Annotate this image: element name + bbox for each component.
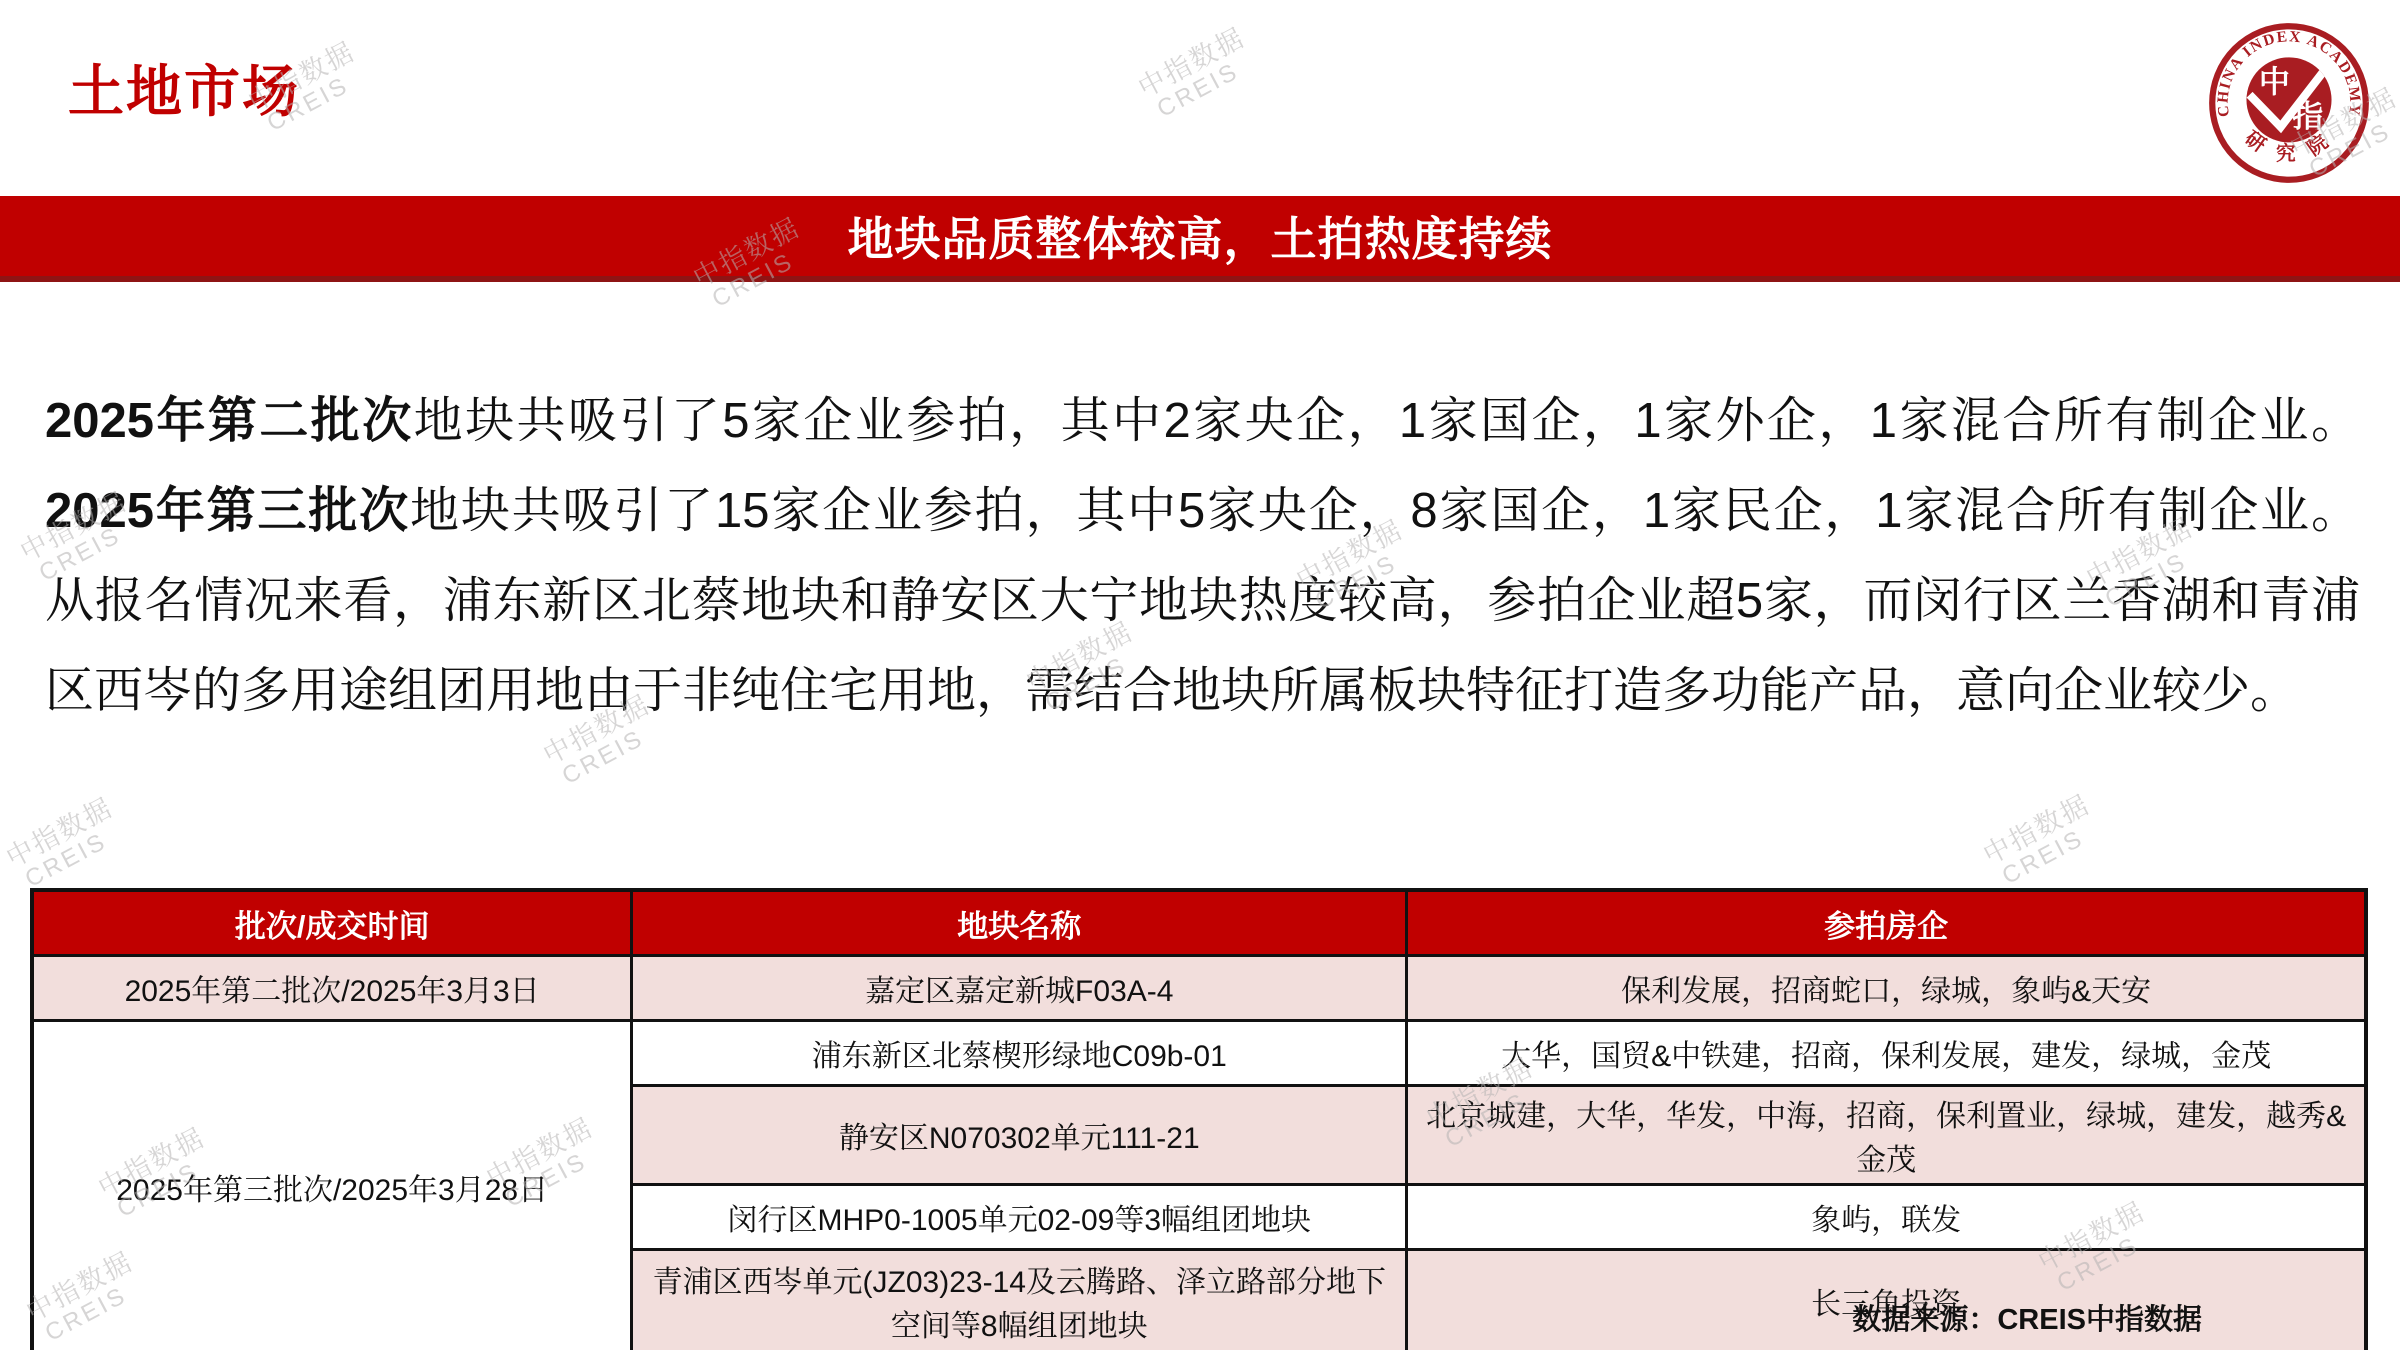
cell-plot-name: 静安区N070302单元111-21 (632, 1086, 1407, 1185)
section-banner: 地块品质整体较高，土拍热度持续 (0, 196, 2400, 282)
watermark-line1: 中指数据 (2, 794, 117, 872)
table-row: 2025年第三批次/2025年3月28日 浦东新区北蔡楔形绿地C09b-01 大… (32, 1021, 2366, 1086)
header-plot-name: 地块名称 (632, 890, 1407, 956)
paragraph-analysis: 从报名情况来看，浦东新区北蔡地块和静安区大宁地块热度较高，参拍企业超5家，而闵行… (45, 556, 2360, 736)
body-text: 2025年第二批次地块共吸引了5家企业参拍，其中2家央企，1家国企，1家外企，1… (45, 376, 2360, 736)
watermark-line1: 中指数据 (1979, 791, 2094, 869)
header-bidders: 参拍房企 (1407, 890, 2366, 956)
cell-batch-time-merged: 2025年第三批次/2025年3月28日 (32, 1021, 632, 1350)
logo-char-zhi: 指 (2292, 99, 2323, 134)
paragraph-text: 地块共吸引了15家企业参拍，其中5家央企，8家国企，1家民企，1家混合所有制企业… (410, 484, 2360, 538)
cell-bidders: 象屿，联发 (1407, 1185, 2366, 1250)
table-header-row: 批次/成交时间 地块名称 参拍房企 (32, 890, 2366, 956)
cell-plot-name: 浦东新区北蔡楔形绿地C09b-01 (632, 1021, 1407, 1086)
cell-bidders: 保利发展，招商蛇口，绿城，象屿&天安 (1407, 956, 2366, 1021)
banner-title: 地块品质整体较高，土拍热度持续 (848, 203, 1553, 269)
cell-plot-name: 嘉定区嘉定新城F03A-4 (632, 956, 1407, 1021)
paragraph-lead: 2025年第二批次 (45, 394, 414, 448)
data-source: 数据来源：CREIS中指数据 (1852, 1297, 2202, 1338)
paragraph-batch3: 2025年第三批次地块共吸引了15家企业参拍，其中5家央企，8家国企，1家民企，… (45, 466, 2360, 556)
china-index-academy-logo-icon: CHINA INDEX ACADEMY 中 指 研 究 院 (2206, 20, 2372, 186)
paragraph-batch2: 2025年第二批次地块共吸引了5家企业参拍，其中2家央企，1家国企，1家外企，1… (45, 376, 2360, 466)
watermark-line1: 中指数据 (1134, 24, 1249, 102)
cell-plot-name: 闵行区MHP0-1005单元02-09等3幅组团地块 (632, 1185, 1407, 1250)
page-title: 土地市场 (68, 48, 300, 128)
paragraph-text: 从报名情况来看，浦东新区北蔡地块和静安区大宁地块热度较高，参拍企业超5家，而闵行… (45, 574, 2360, 718)
creis-watermark: 中指数据CREIS (2, 794, 130, 896)
paragraph-text: 地块共吸引了5家企业参拍，其中2家央企，1家国企，1家外企，1家混合所有制企业。 (414, 394, 2360, 448)
seal-logo-svg: CHINA INDEX ACADEMY 中 指 研 究 院 (2206, 20, 2372, 186)
report-slide: 中指数据CREIS中指数据CREIS中指数据CREIS中指数据CREIS中指数据… (0, 0, 2400, 1350)
creis-watermark: 中指数据CREIS (1979, 791, 2107, 893)
paragraph-lead: 2025年第三批次 (45, 484, 410, 538)
cell-plot-name: 青浦区西岑单元(JZ03)23-14及云腾路、泽立路部分地下空间等8幅组团地块 (632, 1250, 1407, 1350)
watermark-line2: CREIS (1134, 48, 1261, 133)
cell-bidders: 大华，国贸&中铁建，招商，保利发展，建发，绿城，金茂 (1407, 1021, 2366, 1086)
table-row: 2025年第二批次/2025年3月3日 嘉定区嘉定新城F03A-4 保利发展，招… (32, 956, 2366, 1021)
cell-bidders: 北京城建，大华，华发，中海，招商，保利置业，绿城，建发，越秀&金茂 (1407, 1086, 2366, 1185)
logo-char-zhong: 中 (2259, 65, 2290, 100)
header-batch-time: 批次/成交时间 (32, 890, 632, 956)
cell-batch-time: 2025年第二批次/2025年3月3日 (32, 956, 632, 1021)
creis-watermark: 中指数据CREIS (1134, 24, 1262, 126)
watermark-line2: CREIS (1979, 815, 2106, 900)
land-auction-table: 批次/成交时间 地块名称 参拍房企 2025年第二批次/2025年3月3日 嘉定… (30, 888, 2368, 1350)
